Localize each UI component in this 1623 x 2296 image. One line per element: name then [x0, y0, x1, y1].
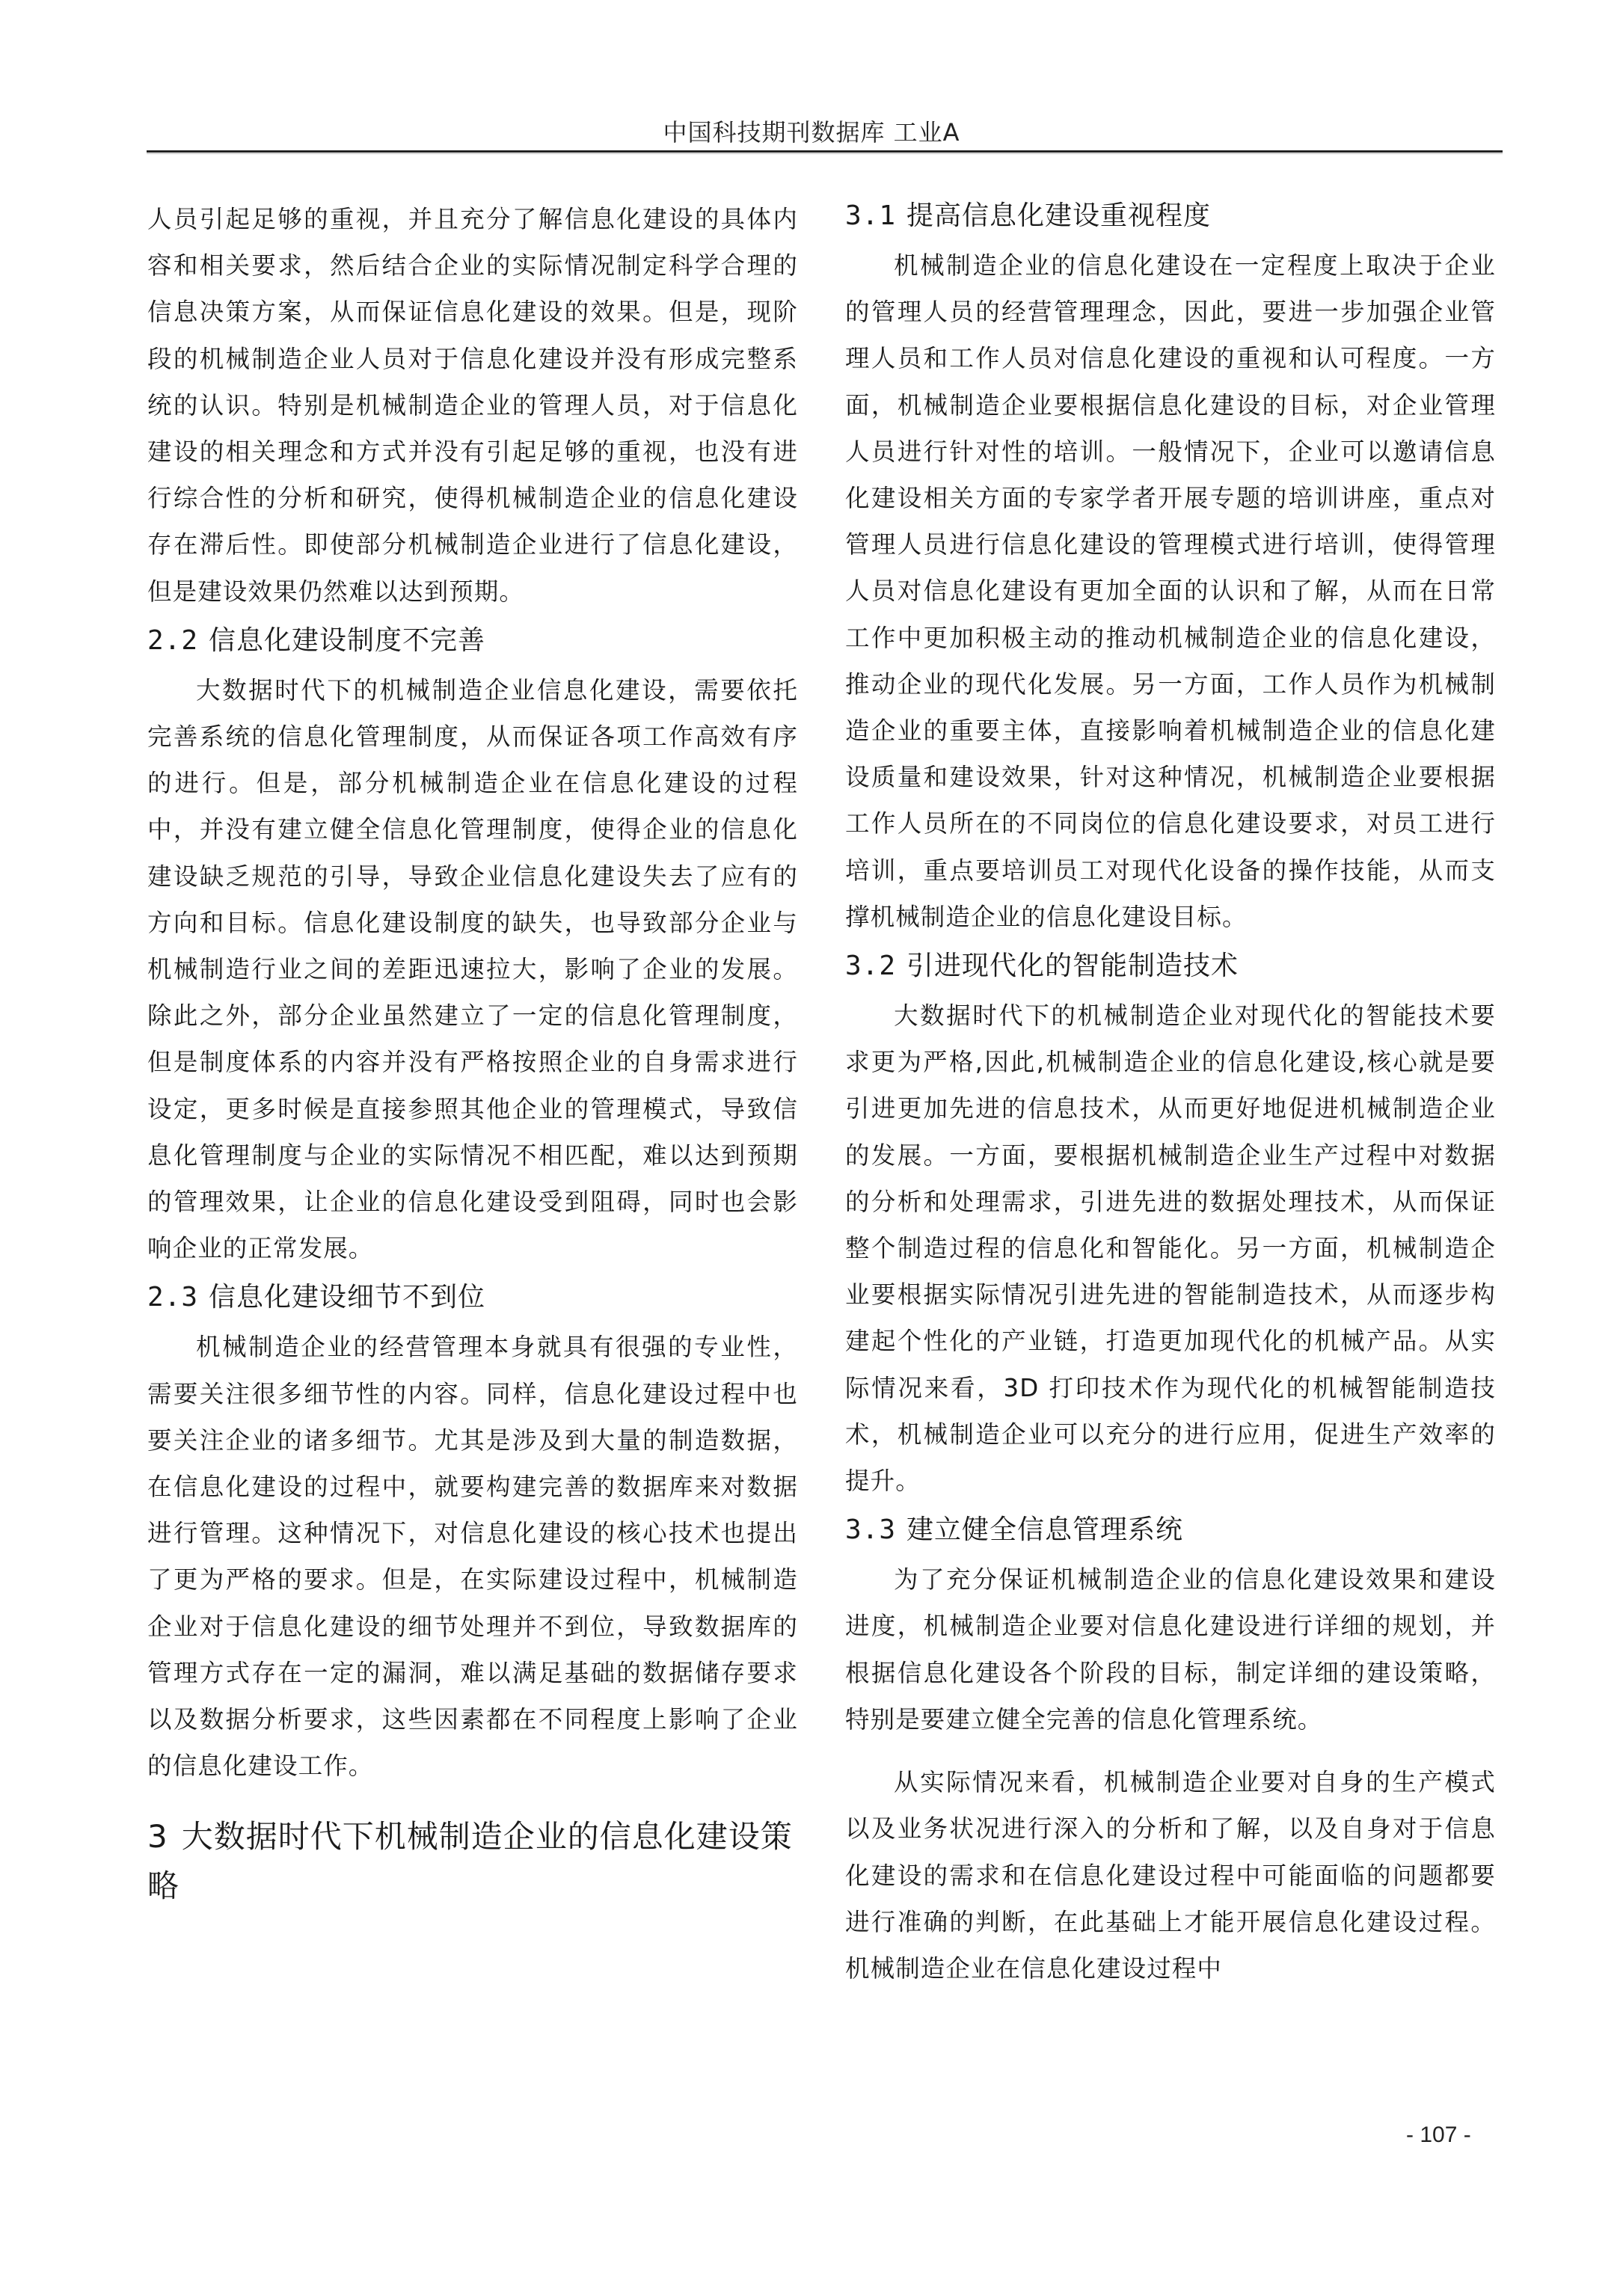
left-column: 人员引起足够的重视，并且充分了解信息化建设的具体内容和相关要求，然后结合企业的实… — [147, 196, 798, 1911]
section-heading-3-1: 3.1提高信息化建设重视程度 — [845, 197, 1496, 235]
section-3-2-paragraph: 大数据时代下的机械制造企业对现代化的智能技术要求更为严格,因此,机械制造企业的信… — [845, 992, 1496, 1504]
section-number: 3.2 — [845, 951, 896, 981]
section-number: 2.2 — [147, 625, 198, 656]
section-title: 引进现代化的智能制造技术 — [906, 951, 1239, 981]
section-heading-3-2: 3.2引进现代化的智能制造技术 — [845, 948, 1496, 985]
section-number: 3 — [147, 1818, 168, 1855]
section-title: 建立健全信息管理系统 — [906, 1514, 1183, 1545]
journal-title: 中国科技期刊数据库 工业A — [0, 114, 1623, 148]
section-2-2-paragraph: 大数据时代下的机械制造企业信息化建设，需要依托完善系统的信息化管理制度，从而保证… — [147, 667, 798, 1272]
section-heading-2-3: 2.3信息化建设细节不到位 — [147, 1279, 798, 1316]
continuation-paragraph: 人员引起足够的重视，并且充分了解信息化建设的具体内容和相关要求，然后结合企业的实… — [147, 196, 798, 615]
section-number: 3.1 — [845, 200, 896, 231]
section-3-1-paragraph: 机械制造企业的信息化建设在一定程度上取决于企业的管理人员的经营管理理念，因此，要… — [845, 242, 1496, 940]
paragraph-gap — [845, 1743, 1496, 1759]
header-rule — [147, 150, 1503, 153]
section-title: 信息化建设制度不完善 — [209, 625, 485, 656]
header-rule-shadow — [147, 153, 1503, 154]
section-title: 信息化建设细节不到位 — [209, 1282, 485, 1313]
section-title: 提高信息化建设重视程度 — [906, 200, 1211, 231]
section-number: 3.3 — [845, 1514, 896, 1545]
section-heading-3: 3大数据时代下机械制造企业的信息化建设策略 — [147, 1812, 798, 1911]
section-heading-2-2: 2.2信息化建设制度不完善 — [147, 622, 798, 660]
section-2-3-paragraph: 机械制造企业的经营管理本身就具有很强的专业性，需要关注很多细节性的内容。同样，信… — [147, 1324, 798, 1789]
section-heading-3-3: 3.3建立健全信息管理系统 — [845, 1511, 1496, 1549]
section-3-3-paragraph-1: 为了充分保证机械制造企业的信息化建设效果和建设进度，机械制造企业要对信息化建设进… — [845, 1556, 1496, 1743]
page-number: - 107 - — [1406, 2122, 1471, 2148]
right-column: 3.1提高信息化建设重视程度 机械制造企业的信息化建设在一定程度上取决于企业的管… — [845, 196, 1496, 1992]
section-3-3-paragraph-2: 从实际情况来看，机械制造企业要对自身的生产模式以及业务状况进行深入的分析和了解，… — [845, 1759, 1496, 1992]
section-title: 大数据时代下机械制造企业的信息化建设策略 — [147, 1818, 793, 1904]
section-number: 2.3 — [147, 1282, 198, 1313]
